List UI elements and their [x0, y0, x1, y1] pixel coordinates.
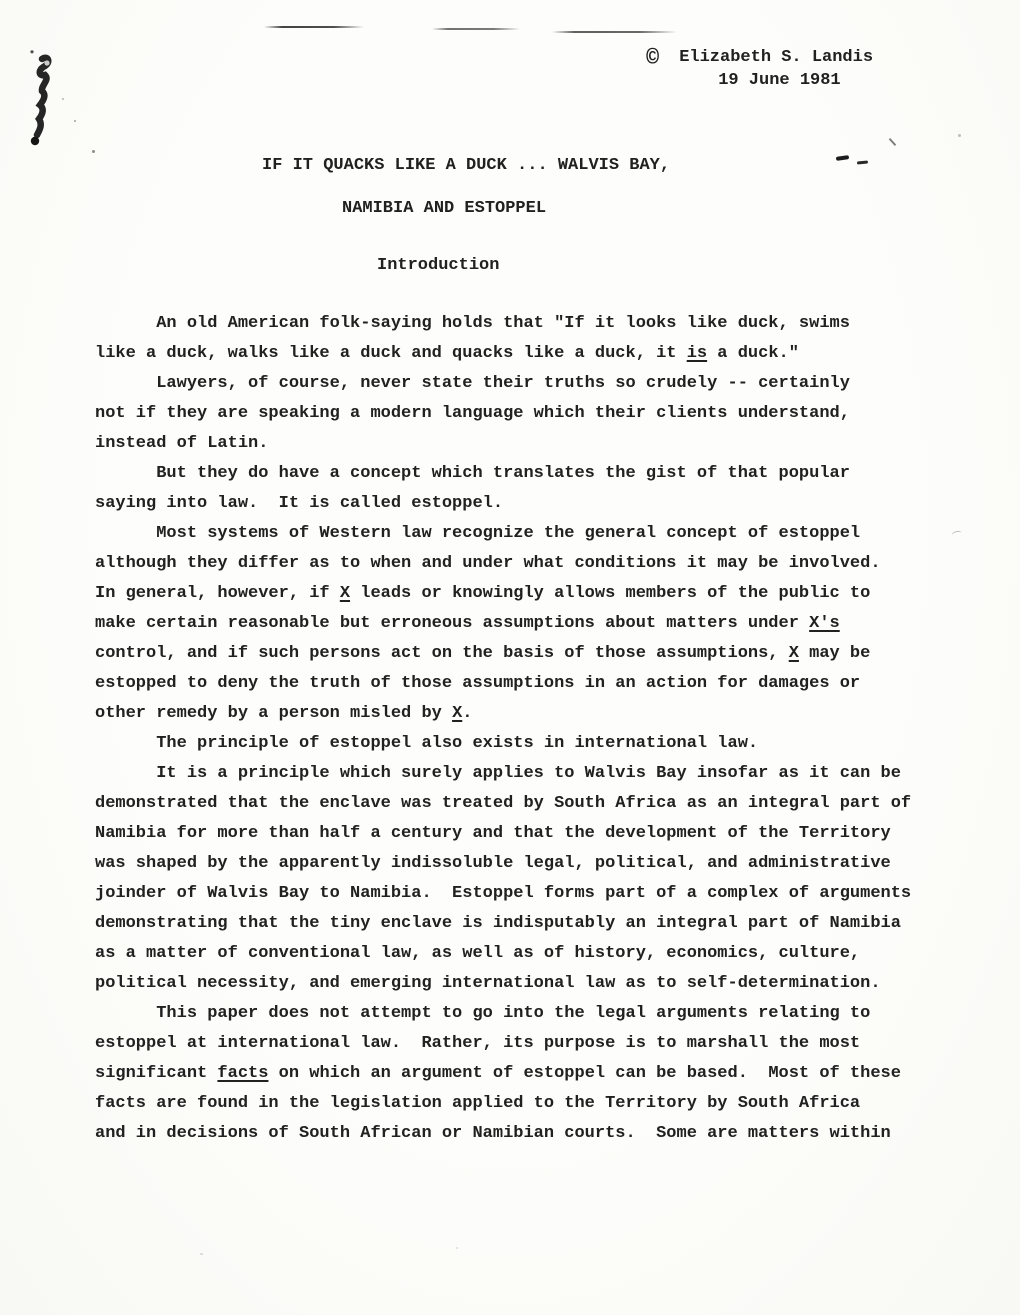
- underlined-text: X: [452, 704, 462, 723]
- text-line: But they do have a concept which transla…: [95, 459, 911, 489]
- text-segment: Lawyers, of course, never state their tr…: [95, 374, 850, 393]
- text-line: saying into law. It is called estoppel.: [95, 489, 911, 519]
- text-line: estoppel at international law. Rather, i…: [95, 1029, 911, 1059]
- copyright-icon: ©: [646, 46, 659, 72]
- text-line: demonstrating that the tiny enclave is i…: [95, 909, 911, 939]
- text-line: It is a principle which surely applies t…: [95, 759, 911, 789]
- text-segment: estoppel at international law. Rather, i…: [95, 1034, 860, 1053]
- document-title-line2: NAMIBIA AND ESTOPPEL: [342, 199, 546, 218]
- text-segment: saying into law. It is called estoppel.: [95, 494, 503, 513]
- ink-smudge-artifact: [26, 50, 60, 155]
- text-segment: although they differ as to when and unde…: [95, 554, 881, 573]
- text-line: Lawyers, of course, never state their tr…: [95, 369, 911, 399]
- text-line: This paper does not attempt to go into t…: [95, 999, 911, 1029]
- text-segment: political necessity, and emerging intern…: [95, 974, 881, 993]
- text-segment: Namibia for more than half a century and…: [95, 824, 891, 843]
- text-line: like a duck, walks like a duck and quack…: [95, 339, 911, 369]
- text-segment: joinder of Walvis Bay to Namibia. Estopp…: [95, 884, 911, 903]
- text-segment: In general, however, if: [95, 584, 340, 603]
- text-line: make certain reasonable but erroneous as…: [95, 609, 911, 639]
- text-segment: a duck.": [707, 344, 799, 363]
- text-segment: was shaped by the apparently indissolubl…: [95, 854, 891, 873]
- text-segment: instead of Latin.: [95, 434, 268, 453]
- text-line: other remedy by a person misled by X.: [95, 699, 911, 729]
- text-line: facts are found in the legislation appli…: [95, 1089, 911, 1119]
- text-line: and in decisions of South African or Nam…: [95, 1119, 911, 1149]
- text-line: An old American folk-saying holds that "…: [95, 309, 911, 339]
- text-line: not if they are speaking a modern langua…: [95, 399, 911, 429]
- text-line: significant facts on which an argument o…: [95, 1059, 911, 1089]
- text-line: Namibia for more than half a century and…: [95, 819, 911, 849]
- text-line: joinder of Walvis Bay to Namibia. Estopp…: [95, 879, 911, 909]
- pen-tick-mark: [889, 138, 897, 146]
- smudge-artifact: [951, 530, 962, 538]
- scan-line-artifact: [432, 28, 520, 30]
- text-segment: An old American folk-saying holds that "…: [95, 314, 850, 333]
- text-segment: like a duck, walks like a duck and quack…: [95, 344, 687, 363]
- text-line: In general, however, if X leads or knowi…: [95, 579, 911, 609]
- text-segment: demonstrated that the enclave was treate…: [95, 794, 911, 813]
- text-segment: control, and if such persons act on the …: [95, 644, 789, 663]
- copyright-block: © Elizabeth S. Landis 19 June 1981: [646, 46, 873, 92]
- text-line: demonstrated that the enclave was treate…: [95, 789, 911, 819]
- text-line: estopped to deny the truth of those assu…: [95, 669, 911, 699]
- text-segment: make certain reasonable but erroneous as…: [95, 614, 809, 633]
- text-line: as a matter of conventional law, as well…: [95, 939, 911, 969]
- pen-dash-mark: [836, 155, 849, 161]
- text-segment: facts are found in the legislation appli…: [95, 1094, 860, 1113]
- text-line: The principle of estoppel also exists in…: [95, 729, 911, 759]
- document-page: © Elizabeth S. Landis 19 June 1981 IF IT…: [0, 0, 1020, 1315]
- text-segment: may be: [799, 644, 870, 663]
- underlined-text: X: [340, 584, 350, 603]
- ink-speck-artifact: [200, 1253, 203, 1255]
- ink-speck-artifact: [62, 98, 64, 100]
- underlined-text: is: [687, 344, 707, 363]
- text-segment: .: [462, 704, 472, 723]
- text-segment: The principle of estoppel also exists in…: [95, 734, 758, 753]
- text-segment: and in decisions of South African or Nam…: [95, 1124, 891, 1143]
- author-name: Elizabeth S. Landis: [679, 46, 873, 69]
- ink-speck-artifact: [958, 134, 961, 137]
- text-line: political necessity, and emerging intern…: [95, 969, 911, 999]
- text-line: Most systems of Western law recognize th…: [95, 519, 911, 549]
- text-segment: Most systems of Western law recognize th…: [95, 524, 860, 543]
- text-segment: on which an argument of estoppel can be …: [268, 1064, 901, 1083]
- text-line: was shaped by the apparently indissolubl…: [95, 849, 911, 879]
- scan-line-artifact: [552, 31, 677, 33]
- text-segment: significant: [95, 1064, 217, 1083]
- text-segment: This paper does not attempt to go into t…: [95, 1004, 870, 1023]
- ink-speck-artifact: [74, 120, 76, 122]
- scan-line-artifact: [264, 26, 364, 28]
- underlined-text: facts: [217, 1064, 268, 1083]
- document-body: An old American folk-saying holds that "…: [95, 309, 911, 1149]
- text-line: control, and if such persons act on the …: [95, 639, 911, 669]
- section-heading: Introduction: [377, 256, 499, 275]
- ink-speck-artifact: [92, 150, 95, 153]
- text-segment: But they do have a concept which transla…: [95, 464, 850, 483]
- text-segment: as a matter of conventional law, as well…: [95, 944, 860, 963]
- text-segment: estopped to deny the truth of those assu…: [95, 674, 860, 693]
- text-segment: not if they are speaking a modern langua…: [95, 404, 850, 423]
- underlined-text: X: [789, 644, 799, 663]
- text-segment: demonstrating that the tiny enclave is i…: [95, 914, 901, 933]
- copyright-date: 19 June 1981: [718, 69, 873, 92]
- document-title-line1: IF IT QUACKS LIKE A DUCK ... WALVIS BAY,: [262, 156, 670, 175]
- text-segment: It is a principle which surely applies t…: [95, 764, 901, 783]
- pen-dash-mark: [857, 160, 868, 164]
- text-line: instead of Latin.: [95, 429, 911, 459]
- text-segment: leads or knowingly allows members of the…: [350, 584, 870, 603]
- underlined-text: X's: [809, 614, 840, 633]
- text-line: although they differ as to when and unde…: [95, 549, 911, 579]
- ink-speck-artifact: [456, 1247, 458, 1249]
- text-segment: other remedy by a person misled by: [95, 704, 452, 723]
